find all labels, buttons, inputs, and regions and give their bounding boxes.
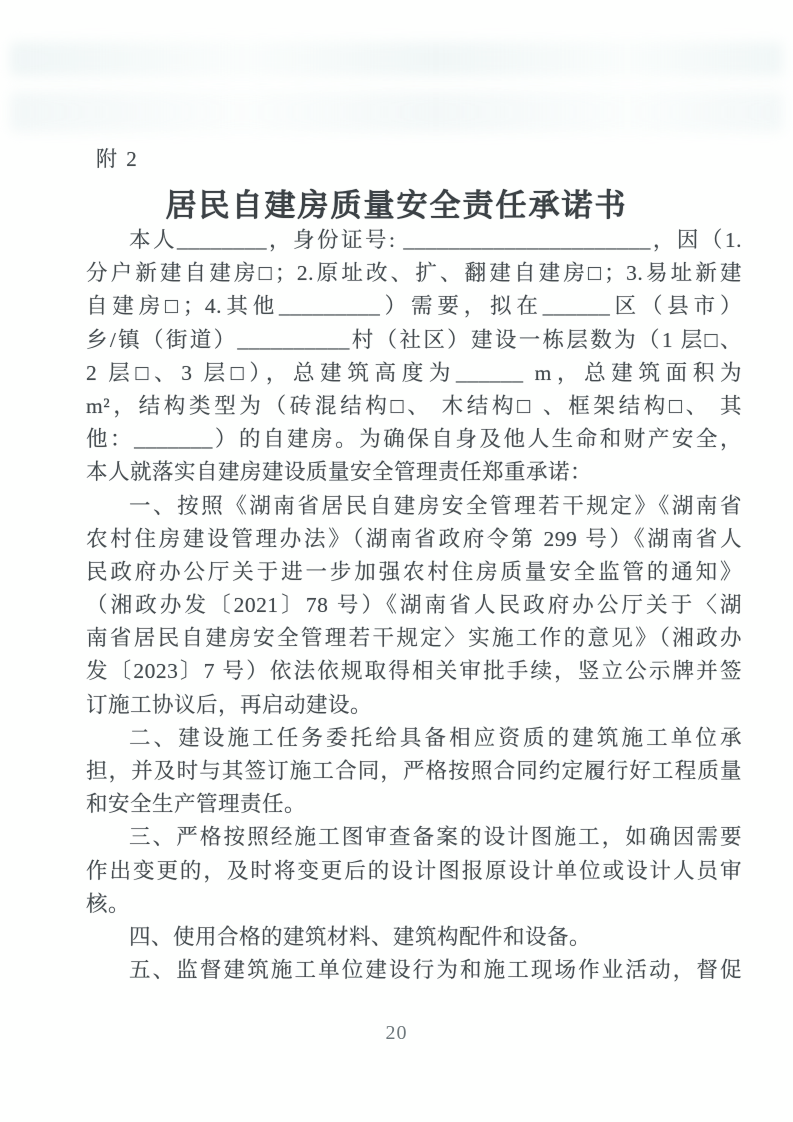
text-line: 核。: [86, 888, 742, 921]
text-line: 一、按照《湖南省居民自建房安全管理若干规定》《湖南省: [86, 490, 742, 523]
scan-bleed-through-artifact: [10, 92, 783, 132]
text-line: 作出变更的，及时将变更后的设计图报原设计单位或设计人员审: [86, 855, 742, 888]
text-line: 本人就落实自建房建设质量安全管理责任郑重承诺：: [86, 456, 742, 489]
text-line: 二、建设施工任务委托给具备相应资质的建筑施工单位承: [86, 722, 742, 755]
text-line: 农村住房建设管理办法》（湖南省政府令第 299 号）《湖南省人: [86, 523, 742, 556]
text-line: 民政府办公厅关于进一步加强农村住房质量安全监管的通知》: [86, 556, 742, 589]
text-line: 自建房□；4.其他_________）需要，拟在______区（县市）: [86, 290, 742, 323]
text-line: 分户新建自建房□；2.原址改、扩、翻建自建房□；3.易址新建: [86, 257, 742, 290]
document-title: 居民自建房质量安全责任承诺书: [0, 180, 793, 225]
text-line: 订施工协议后，再启动建设。: [86, 689, 742, 722]
attachment-label: 附 2: [96, 143, 139, 173]
text-line: 他：_______）的自建房。为确保自身及他人生命和财产安全，: [86, 423, 742, 456]
text-line: 本人________，身份证号: ______________________，…: [86, 224, 742, 257]
text-line: 三、严格按照经施工图审查备案的设计图施工，如确因需要: [86, 821, 742, 854]
text-line: 2 层□、3 层□），总建筑高度为______ m，总建筑面积为: [86, 357, 742, 390]
text-line: 四、使用合格的建筑材料、建筑构配件和设备。: [86, 921, 742, 954]
text-line: 南省居民自建房安全管理若干规定〉实施工作的意见》（湘政办: [86, 622, 742, 655]
document-body: 本人________，身份证号: ______________________，…: [86, 224, 742, 987]
text-line: 担，并及时与其签订施工合同，严格按照合同约定履行好工程质量: [86, 755, 742, 788]
text-line: m²，结构类型为（砖混结构□、 木结构□ 、框架结构□、 其: [86, 390, 742, 423]
text-line: 乡/镇（街道）__________村（社区）建设一栋层数为（1 层□、: [86, 324, 742, 357]
text-line: 发〔2023〕7 号）依法依规取得相关审批手续，竖立公示牌并签: [86, 655, 742, 688]
text-line: 和安全生产管理责任。: [86, 788, 742, 821]
document-page: 附 2 居民自建房质量安全责任承诺书 本人________，身份证号: ____…: [0, 0, 793, 1122]
text-line: （湘政办发〔2021〕78 号）《湖南省人民政府办公厅关于〈湖: [86, 589, 742, 622]
page-number: 20: [0, 1022, 793, 1045]
text-line: 五、监督建筑施工单位建设行为和施工现场作业活动，督促: [86, 954, 742, 987]
scan-bleed-through-artifact: [10, 42, 783, 76]
